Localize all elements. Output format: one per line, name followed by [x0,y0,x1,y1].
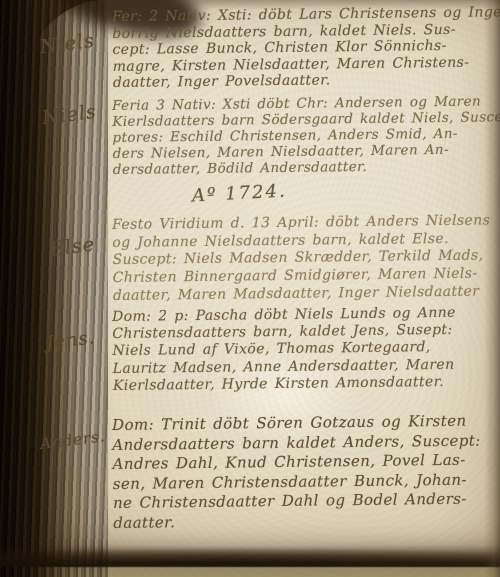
register-entry-4: Dom: 2 p: Pascha döbt Niels Lunds og Ann… [112,304,500,395]
register-entry-2: Feria 3 Nativ: Xsti döbt Chr: Andersen o… [112,94,500,178]
register-entry-1: Fer: 2 Nativ: Xsti: döbt Lars Christense… [112,4,500,92]
register-page-photo: Niels Niels Else Jens. Anders. Aº 1724. … [0,0,500,577]
register-entry-5: Dom: Trinit döbt Sören Gotzaus og Kirste… [112,411,500,533]
register-entry-3: Festo Viridium d. 13 April: döbt Anders … [112,212,500,305]
